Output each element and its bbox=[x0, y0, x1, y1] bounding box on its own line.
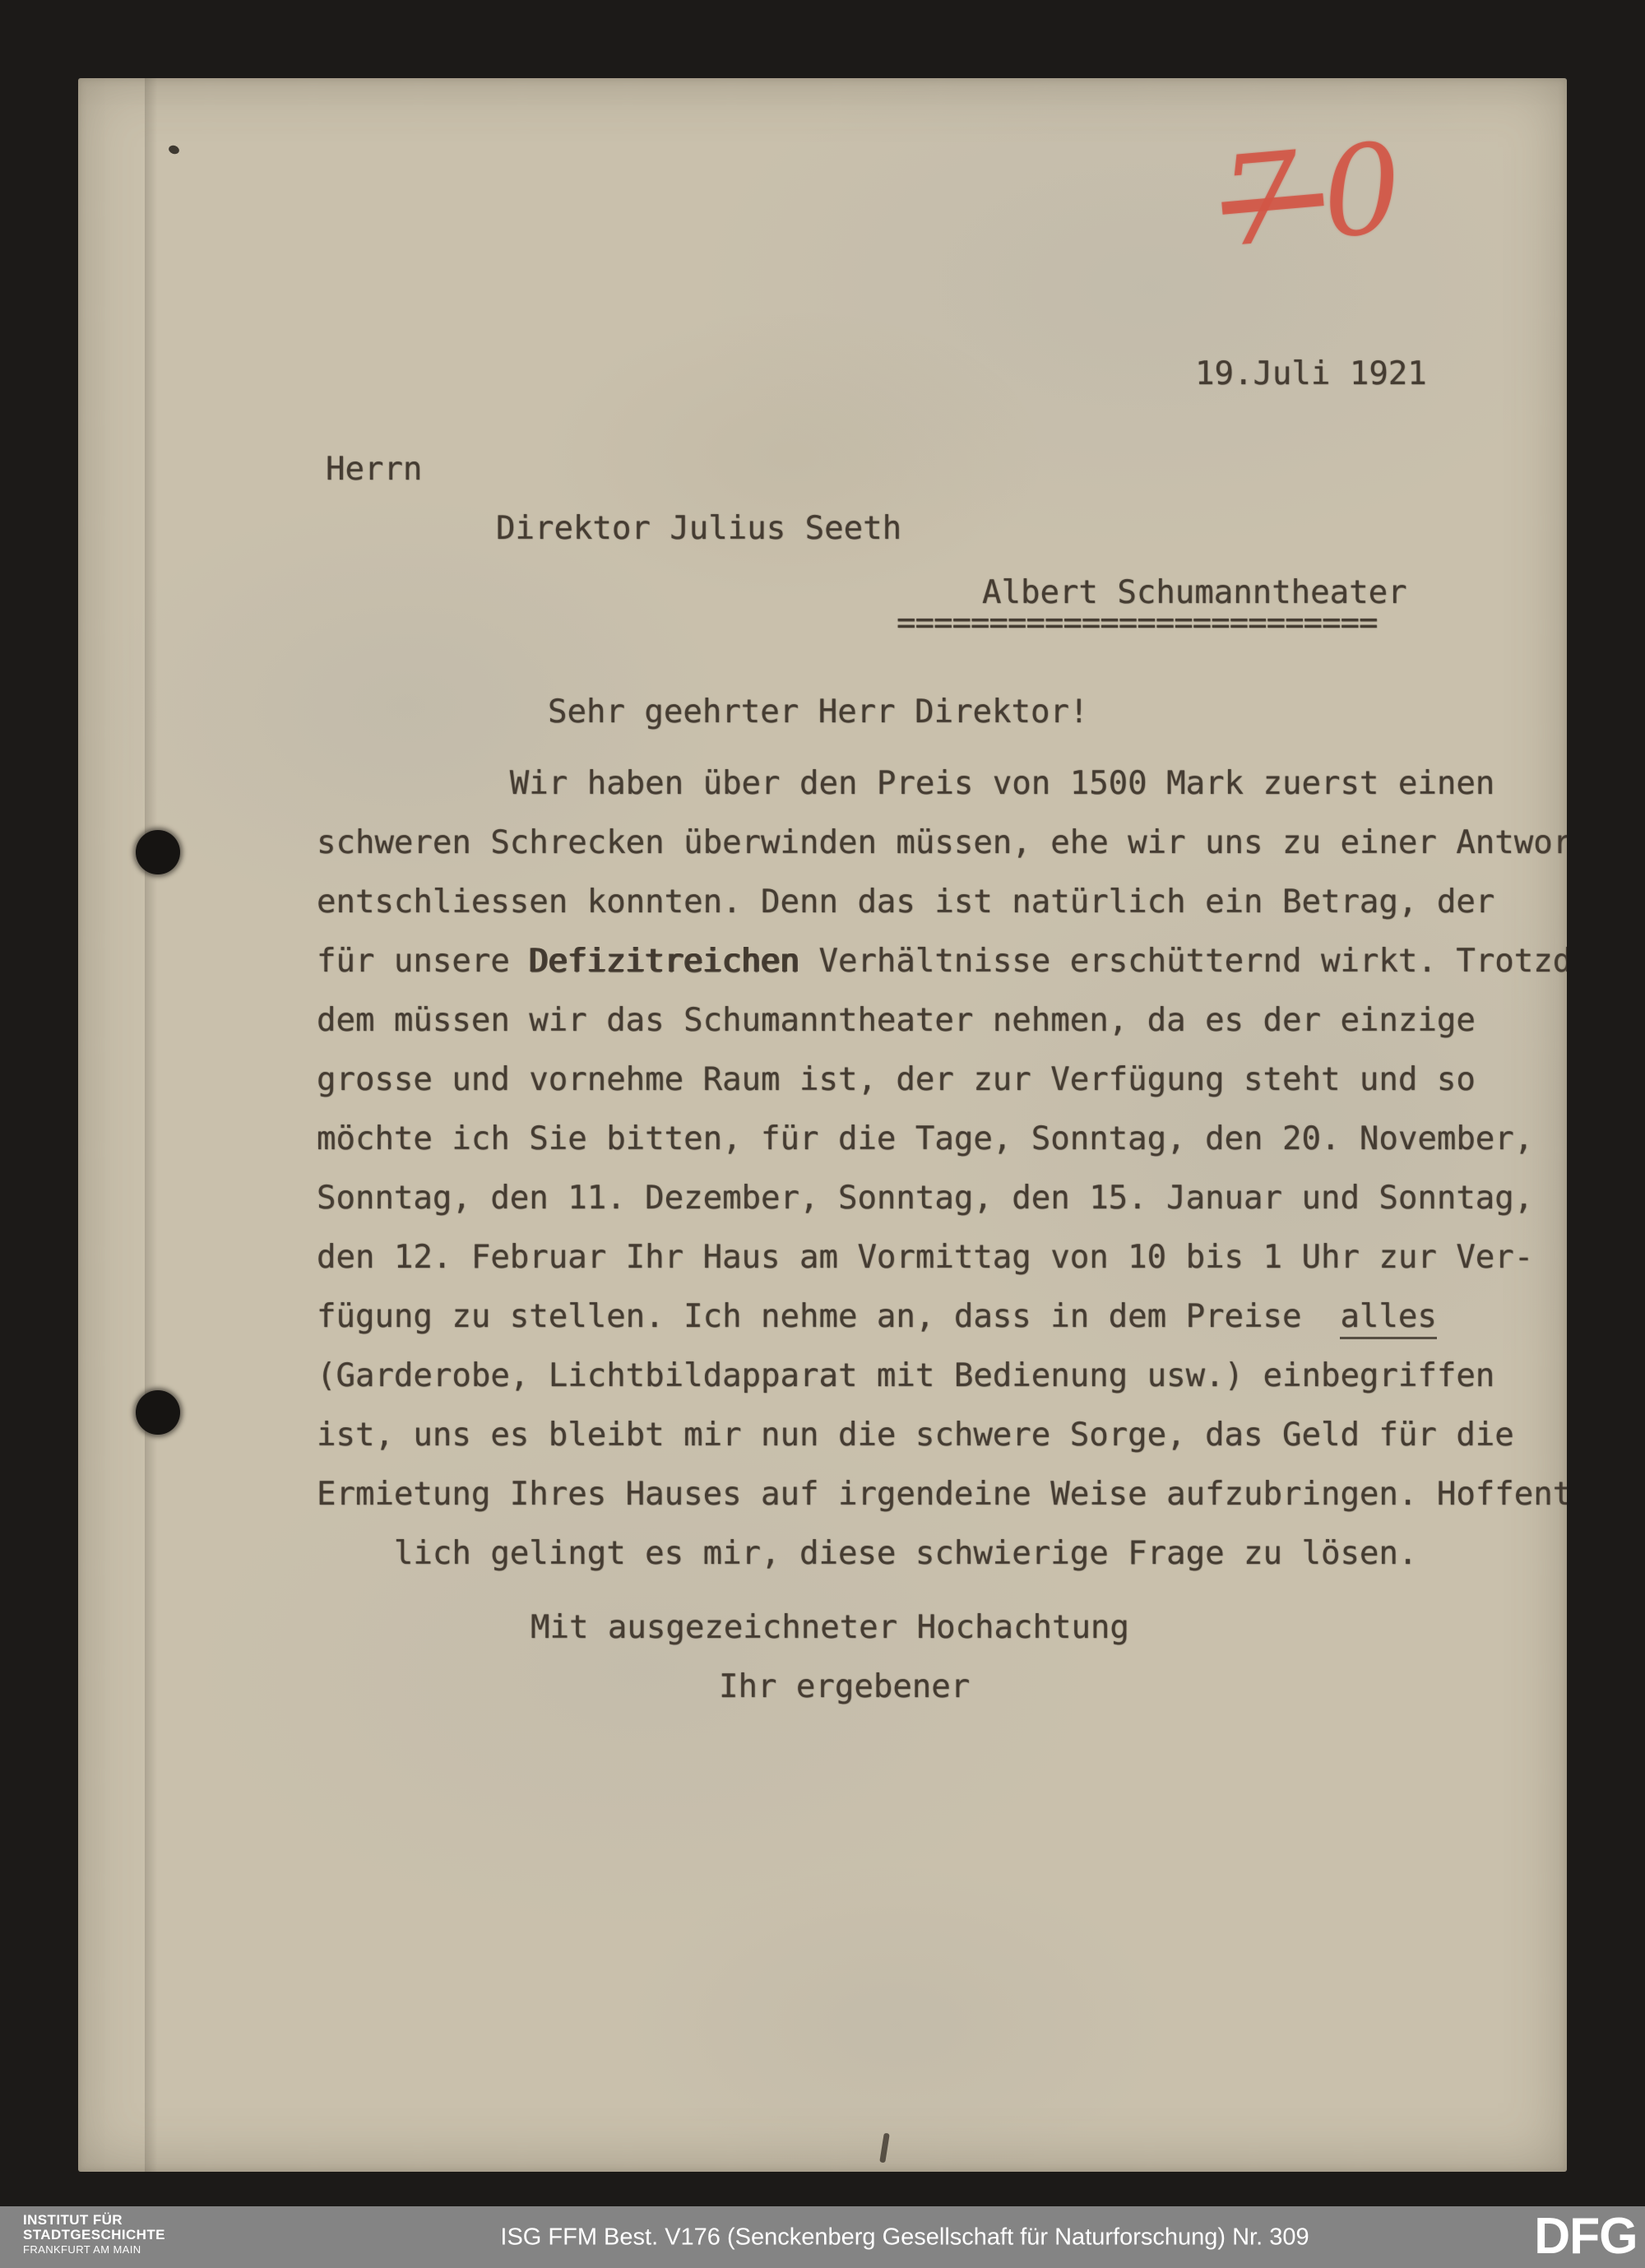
letter-body-line: Wir haben über den Preis von 1500 Mark z… bbox=[317, 768, 1567, 827]
archive-reference: ISG FFM Best. V176 (Senckenberg Gesellsc… bbox=[500, 2224, 1309, 2251]
letter-body-line: fügung zu stellen. Ich nehme an, dass in… bbox=[317, 1301, 1567, 1360]
letter-date: 19.Juli 1921 bbox=[1195, 358, 1427, 390]
archive-page-number: 70 bbox=[1216, 115, 1430, 276]
venue-underline: ========================== bbox=[897, 607, 1377, 639]
letter-greeting: Sehr geehrter Herr Direktor! bbox=[548, 696, 1088, 728]
letter-body-line: möchte ich Sie bitten, für die Tage, Son… bbox=[317, 1123, 1567, 1182]
letter-body-line: (Garderobe, Lichtbildapparat mit Bedienu… bbox=[317, 1360, 1567, 1419]
letter-body-line: ist, uns es bleibt mir nun die schwere S… bbox=[317, 1419, 1567, 1478]
letter-body-line: Ermietung Ihres Hauses auf irgendeine We… bbox=[317, 1478, 1567, 1538]
letter-body-line: grosse und vornehme Raum ist, der zur Ve… bbox=[317, 1064, 1567, 1123]
letter-body-line: den 12. Februar Ihr Haus am Vormittag vo… bbox=[317, 1241, 1567, 1301]
letter-body-line: lich gelingt es mir, diese schwierige Fr… bbox=[317, 1538, 1567, 1597]
dfg-logo: DFG bbox=[1534, 2207, 1637, 2266]
letter-body-line: entschliessen konnten. Denn das ist natü… bbox=[317, 886, 1567, 945]
archive-footer-bar: INSTITUT FÜR STADTGESCHICHTE FRANKFURT A… bbox=[0, 2206, 1645, 2268]
recipient-salutation: Herrn bbox=[326, 453, 422, 485]
overstrike-word: Defizitreichen bbox=[529, 943, 799, 980]
letter-body-line: Sonntag, den 11. Dezember, Sonntag, den … bbox=[317, 1182, 1567, 1241]
institution-logo-text: INSTITUT FÜR STADTGESCHICHTE FRANKFURT A… bbox=[23, 2213, 165, 2256]
bottom-edge-mark bbox=[879, 2133, 890, 2164]
scan-background: 70 19.Juli 1921 Herrn Direktor Julius Se… bbox=[0, 0, 1645, 2268]
recipient-name: Direktor Julius Seeth bbox=[496, 513, 901, 545]
punch-hole bbox=[136, 830, 180, 874]
letter-body-line: schweren Schrecken überwinden müssen, eh… bbox=[317, 827, 1567, 886]
letter-signature: Ihr ergebener bbox=[719, 1671, 970, 1703]
letter-body-line: dem müssen wir das Schumanntheater nehme… bbox=[317, 1004, 1567, 1064]
letter-closing: Mit ausgezeichneter Hochachtung bbox=[531, 1612, 1129, 1644]
institution-line3: FRANKFURT AM MAIN bbox=[23, 2244, 165, 2256]
letter-body: Wir haben über den Preis von 1500 Mark z… bbox=[317, 768, 1567, 1597]
letter-page: 70 19.Juli 1921 Herrn Direktor Julius Se… bbox=[78, 78, 1567, 2172]
punch-hole bbox=[136, 1390, 180, 1435]
ink-spot bbox=[168, 144, 181, 155]
institution-line1: INSTITUT FÜR bbox=[23, 2213, 165, 2228]
letter-body-line: für unsere Defizitreichen Verhältnisse e… bbox=[317, 945, 1567, 1004]
institution-line2: STADTGESCHICHTE bbox=[23, 2228, 165, 2242]
paper-crease bbox=[145, 78, 160, 2172]
underline-word: alles bbox=[1340, 1298, 1436, 1339]
